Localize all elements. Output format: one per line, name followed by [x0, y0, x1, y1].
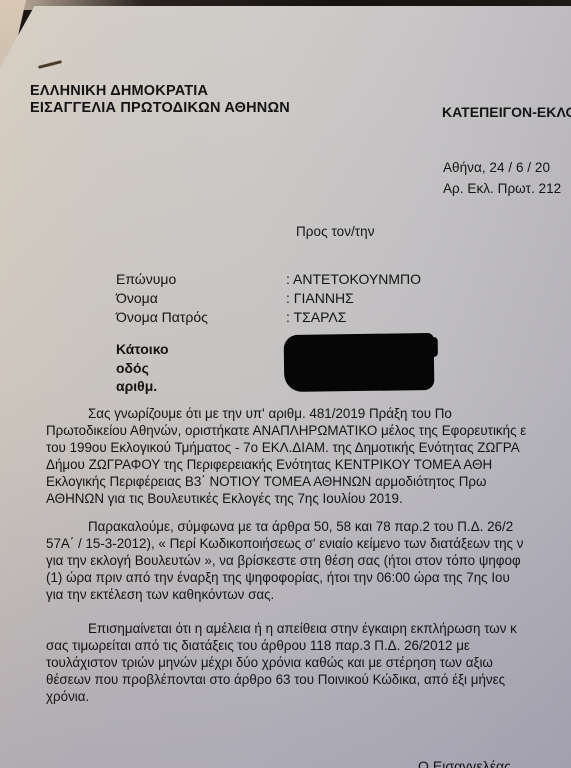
address-redaction — [284, 333, 435, 392]
paragraph-line: Δήμου ΖΩΓΡΑΦΟΥ της Περιφερειακής Ενότητα… — [46, 456, 526, 473]
paragraph-line: σας τιμωρείται από τις διατάξεις του άρθ… — [46, 637, 517, 654]
address-labels: Κάτοικο οδός αριθμ. — [116, 340, 169, 396]
signature-title: Ο Εισαγγελέας — [418, 758, 511, 768]
paragraph-line: ΑΘΗΝΩΝ για τις Βουλευτικές Εκλογές της 7… — [46, 490, 526, 507]
protocol-number-line: Αρ. Εκλ. Πρωτ. 212 — [443, 178, 561, 199]
address-label-street: οδός — [116, 359, 169, 378]
addressee-label: Προς τον/την — [296, 224, 375, 240]
field-label: Επώνυμο — [116, 270, 176, 289]
paragraph-line: τουλάχιστον τριών μηνών μέχρι δύο χρόνια… — [46, 654, 517, 671]
date-protocol-block: Αθήνα, 24 / 6 / 20 Αρ. Εκλ. Πρωτ. 212 — [443, 157, 561, 199]
paragraph-appointment: Σας γνωρίζουμε ότι με την υπ' αριθμ. 481… — [46, 405, 526, 507]
field-value: : ΓΙΑΝΝΗΣ — [286, 289, 354, 308]
paragraph-line: για την εκτέλεση των καθηκόντων σας. — [46, 586, 523, 603]
address-label-number: αριθμ. — [116, 377, 169, 396]
paragraph-line: χρόνια. — [46, 688, 517, 705]
paragraph-line: Πρωτοδικείου Αθηνών, οριστήκατε ΑΝΑΠΛΗΡΩ… — [46, 422, 526, 439]
issuer-line-country: ΕΛΛΗΝΙΚΗ ΔΗΜΟΚΡΑΤΙΑ — [30, 83, 290, 100]
paragraph-line: για την εκλογή Βουλευτών », να βρίσκεστε… — [46, 552, 523, 569]
paragraph-instructions: Παρακαλούμε, σύμφωνα με τα άρθρα 50, 58 … — [46, 518, 523, 603]
field-label: Όνομα Πατρός — [116, 308, 208, 327]
issuer-line-office: ΕΙΣΑΓΓΕΛΙΑ ΠΡΩΤΟΔΙΚΩΝ ΑΘΗΝΩΝ — [30, 100, 290, 117]
paragraph-line: 57Α΄ / 15-3-2012), « Περί Κωδικοποιήσεως… — [46, 535, 523, 552]
paragraph-line: θέσεων που προβλέπονται στο άρθρο 63 του… — [46, 671, 517, 688]
paragraph-penalty: Επισημαίνεται ότι η αμέλεια ή η απείθεια… — [46, 620, 517, 705]
field-label: Όνομα — [116, 289, 158, 308]
paragraph-line: Εκλογικής Περιφέρειας Β3΄ ΝΟΤΙΟΥ ΤΟΜΕΑ Α… — [46, 473, 526, 490]
paragraph-line: Σας γνωρίζουμε ότι με την υπ' αριθμ. 481… — [46, 405, 526, 422]
paragraph-line: (1) ώρα πριν από την έναρξη της ψηφοφορί… — [46, 569, 523, 586]
issuer-header: ΕΛΛΗΝΙΚΗ ΔΗΜΟΚΡΑΤΙΑ ΕΙΣΑΓΓΕΛΙΑ ΠΡΩΤΟΔΙΚΩ… — [30, 83, 290, 117]
address-label-resident: Κάτοικο — [116, 340, 169, 359]
date-line: Αθήνα, 24 / 6 / 20 — [443, 157, 561, 178]
paragraph-line: Παρακαλούμε, σύμφωνα με τα άρθρα 50, 58 … — [46, 518, 523, 535]
paragraph-line: του 199ου Εκλογικού Τμήματος - 7ο ΕΚΛ.ΔΙ… — [46, 439, 526, 456]
paragraph-line: Επισημαίνεται ότι η αμέλεια ή η απείθεια… — [46, 620, 517, 637]
field-value: : ΤΣΑΡΛΣ — [286, 308, 346, 327]
field-value: : ΑΝΤΕΤΟΚΟΥΝΜΠΟ — [286, 270, 421, 289]
urgent-label: ΚΑΤΕΠΕΙΓΟΝ-ΕΚΛΟ — [442, 104, 571, 120]
